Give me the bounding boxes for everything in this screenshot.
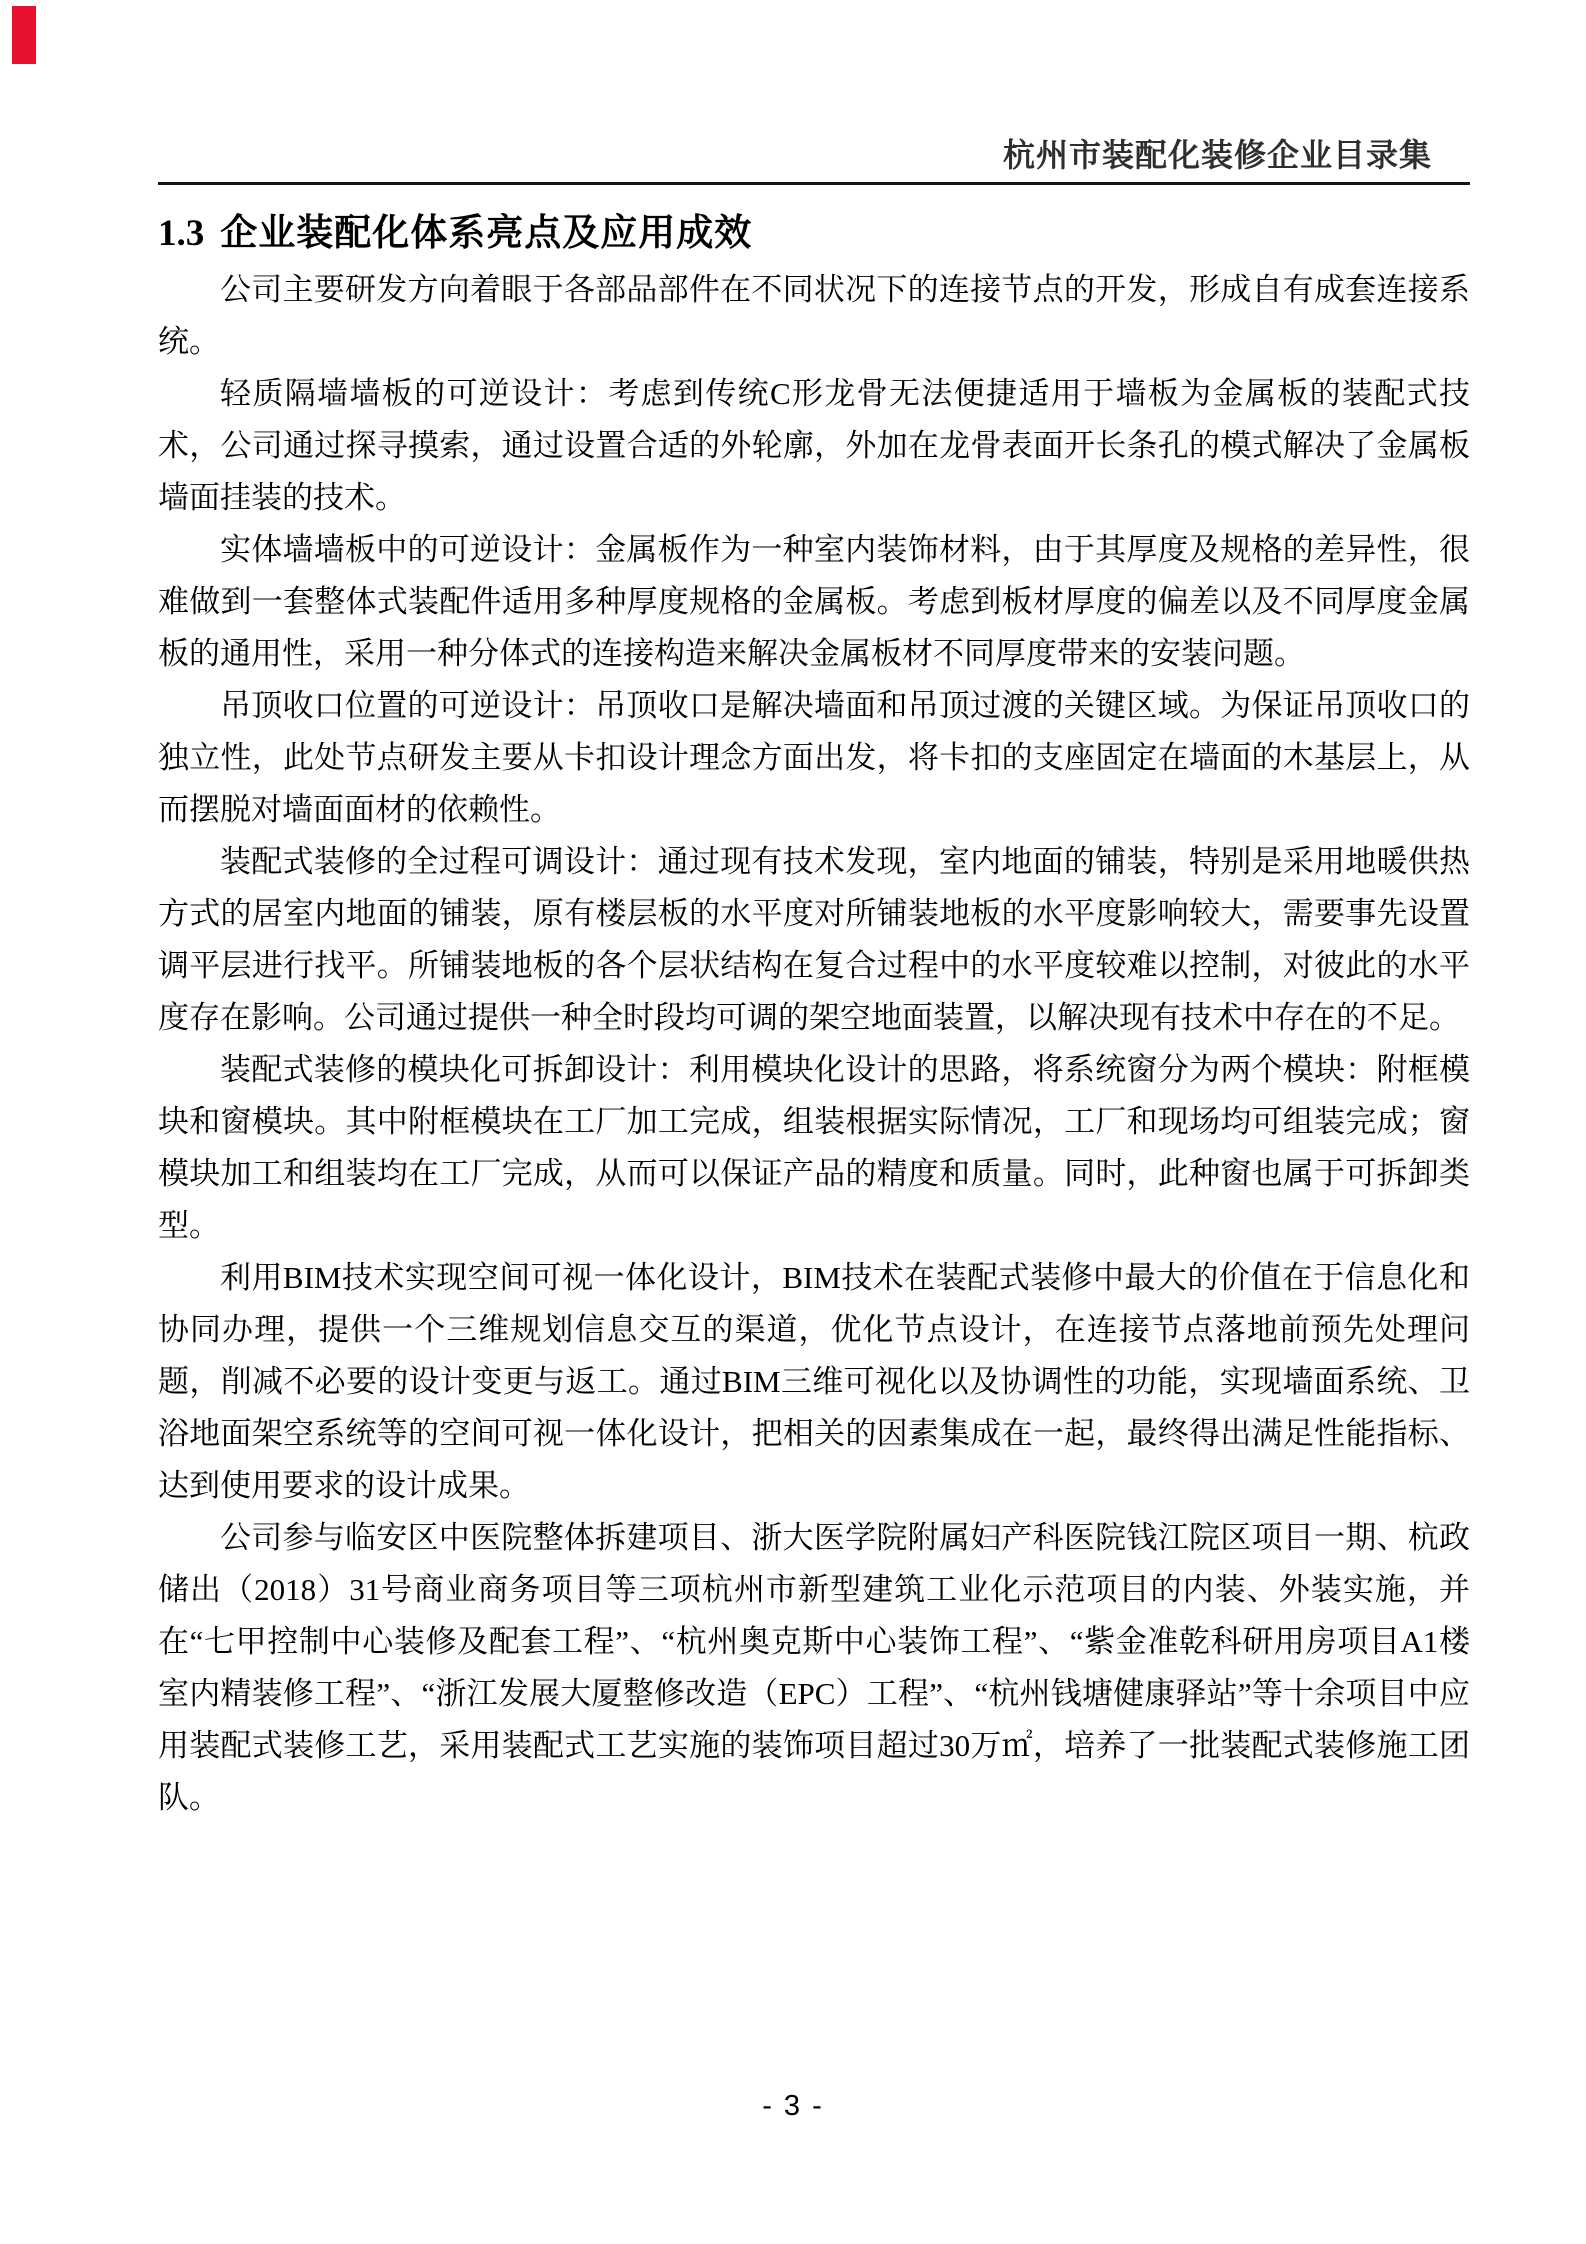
section-title: 1.3企业装配化体系亮点及应用成效: [158, 202, 752, 256]
paragraph: 吊顶收口位置的可逆设计：吊顶收口是解决墙面和吊顶过渡的关键区域。为保证吊顶收口的…: [158, 680, 1470, 836]
page-number: - 3 -: [0, 2090, 1586, 2123]
section-number: 1.3: [158, 213, 204, 254]
body-text: 公司主要研发方向着眼于各部品部件在不同状况下的连接节点的开发，形成自有成套连接系…: [158, 264, 1470, 1824]
red-corner-mark: [12, 6, 36, 64]
header-booklet-title: 杭州市装配化装修企业目录集: [1003, 137, 1470, 173]
paragraph: 利用BIM技术实现空间可视一体化设计，BIM技术在装配式装修中最大的价值在于信息…: [158, 1252, 1470, 1512]
document-page: { "document": { "header": "杭州市装配化装修企业目录集…: [0, 0, 1586, 2244]
paragraph: 装配式装修的全过程可调设计：通过现有技术发现，室内地面的铺装，特别是采用地暖供热…: [158, 836, 1470, 1044]
paragraph: 公司参与临安区中医院整体拆建项目、浙大医学院附属妇产科医院钱江院区项目一期、杭政…: [158, 1512, 1470, 1824]
page-header: 杭州市装配化装修企业目录集: [158, 130, 1470, 185]
paragraph: 装配式装修的模块化可拆卸设计：利用模块化设计的思路，将系统窗分为两个模块：附框模…: [158, 1044, 1470, 1252]
section-title-text: 企业装配化体系亮点及应用成效: [220, 212, 752, 253]
paragraph: 轻质隔墙墙板的可逆设计：考虑到传统C形龙骨无法便捷适用于墙板为金属板的装配式技术…: [158, 368, 1470, 524]
paragraph: 公司主要研发方向着眼于各部品部件在不同状况下的连接节点的开发，形成自有成套连接系…: [158, 264, 1470, 368]
paragraph: 实体墙墙板中的可逆设计：金属板作为一种室内装饰材料，由于其厚度及规格的差异性，很…: [158, 524, 1470, 680]
